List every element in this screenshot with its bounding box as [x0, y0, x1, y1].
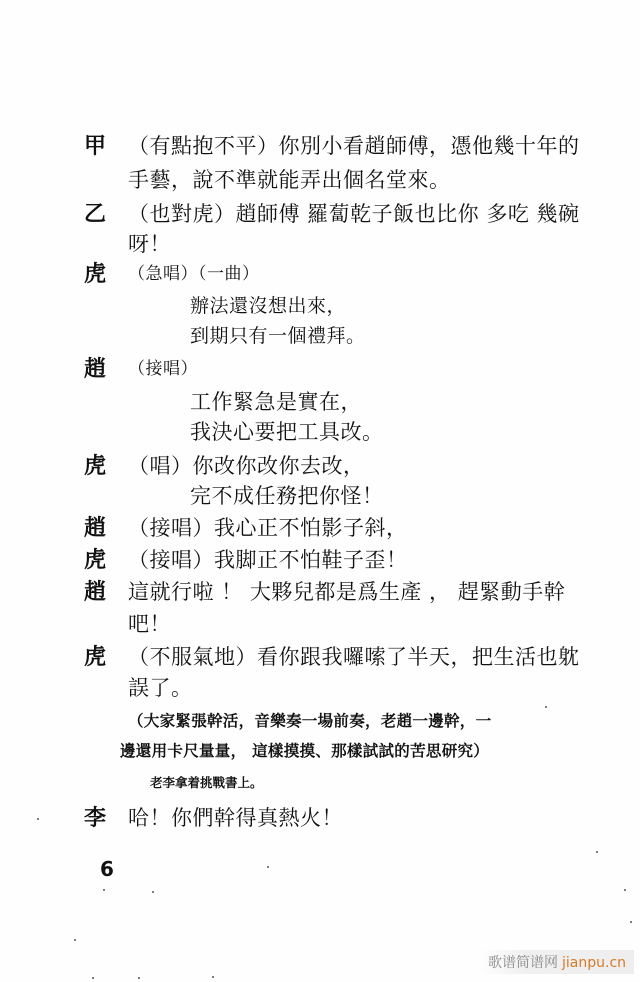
- dialogue-line: （不服氣地）看你跟我囉嗦了半天，把生活也躭: [128, 643, 580, 671]
- verse-line: 工作緊急是實在，: [190, 388, 362, 416]
- verse-line: 完不成任務把你怪！: [190, 482, 384, 510]
- script-page: 甲 （有點抱不平）你別小看趙師傅，憑他幾十年的 手藝，說不準就能弄出個名堂來。 …: [0, 0, 640, 982]
- scan-speck: [103, 889, 105, 891]
- speaker-jia: 甲: [84, 132, 106, 160]
- speaker-li: 李: [84, 804, 106, 832]
- scan-speck: [545, 706, 547, 708]
- scan-speck: [212, 976, 214, 978]
- dialogue-line: 呀！: [128, 230, 171, 258]
- dialogue-line: 哈！你們幹得真熱火！: [128, 804, 343, 832]
- watermark-site: jianpu.cn: [562, 955, 626, 971]
- scan-speck: [596, 851, 598, 853]
- stage-direction-line: 邊還用卡尺量量， 這樣摸摸、那樣試試的苦思研究）: [120, 740, 489, 762]
- speaker-yi: 乙: [84, 200, 106, 228]
- speaker-hu: 虎: [84, 643, 106, 671]
- dialogue-line: （接唱）我脚正不怕鞋子歪！: [128, 546, 408, 574]
- verse-line: 到期只有一個禮拜。: [190, 322, 366, 350]
- page-number: 6: [100, 857, 114, 881]
- dialogue-line: 手藝，說不準就能弄出個名堂來。: [128, 166, 451, 194]
- entrance-direction: 老李拿着挑戰書上。: [150, 774, 263, 792]
- speaker-hu: 虎: [84, 546, 106, 574]
- verse-line: 我決心要把工具改。: [190, 418, 384, 446]
- speaker-zhao: 趙: [84, 355, 106, 383]
- scan-speck: [138, 977, 140, 979]
- watermark: 歌谱简谱网jianpu.cn: [480, 950, 634, 974]
- dialogue-line: 這就行啦 ！ 大夥兒都是爲生產 ， 趕緊動手幹: [128, 578, 565, 606]
- speaker-zhao: 趙: [84, 514, 106, 542]
- dialogue-line: （接唱）: [128, 355, 198, 383]
- scan-speck: [630, 921, 632, 923]
- dialogue-line: （唱）你改你改你去改，: [128, 452, 365, 480]
- speaker-hu: 虎: [84, 452, 106, 480]
- scan-speck: [152, 891, 154, 893]
- scan-speck: [37, 818, 39, 820]
- stage-direction-line: （大家緊張幹活，音樂奏一場前奏，老趙一邊幹，一: [128, 710, 491, 732]
- scan-speck: [92, 977, 94, 979]
- speaker-hu: 虎: [84, 260, 106, 288]
- verse-line: 辦法還沒想出來，: [190, 292, 346, 320]
- scan-speck: [267, 866, 269, 868]
- dialogue-line: （也對虎）趙師傅 羅蔔乾子飯也比你 多吃 幾碗: [128, 200, 580, 228]
- watermark-cn: 歌谱简谱网: [488, 955, 558, 971]
- scan-speck: [74, 939, 76, 941]
- dialogue-line: （接唱）我心正不怕影子斜，: [128, 514, 408, 542]
- dialogue-line: （有點抱不平）你別小看趙師傅，憑他幾十年的: [128, 132, 580, 160]
- dialogue-line: 誤了。: [128, 674, 193, 702]
- scan-speck: [624, 889, 626, 891]
- dialogue-line: （急唱）（一曲）: [128, 260, 260, 288]
- dialogue-line: 吧！: [128, 610, 171, 638]
- speaker-zhao: 趙: [84, 578, 106, 606]
